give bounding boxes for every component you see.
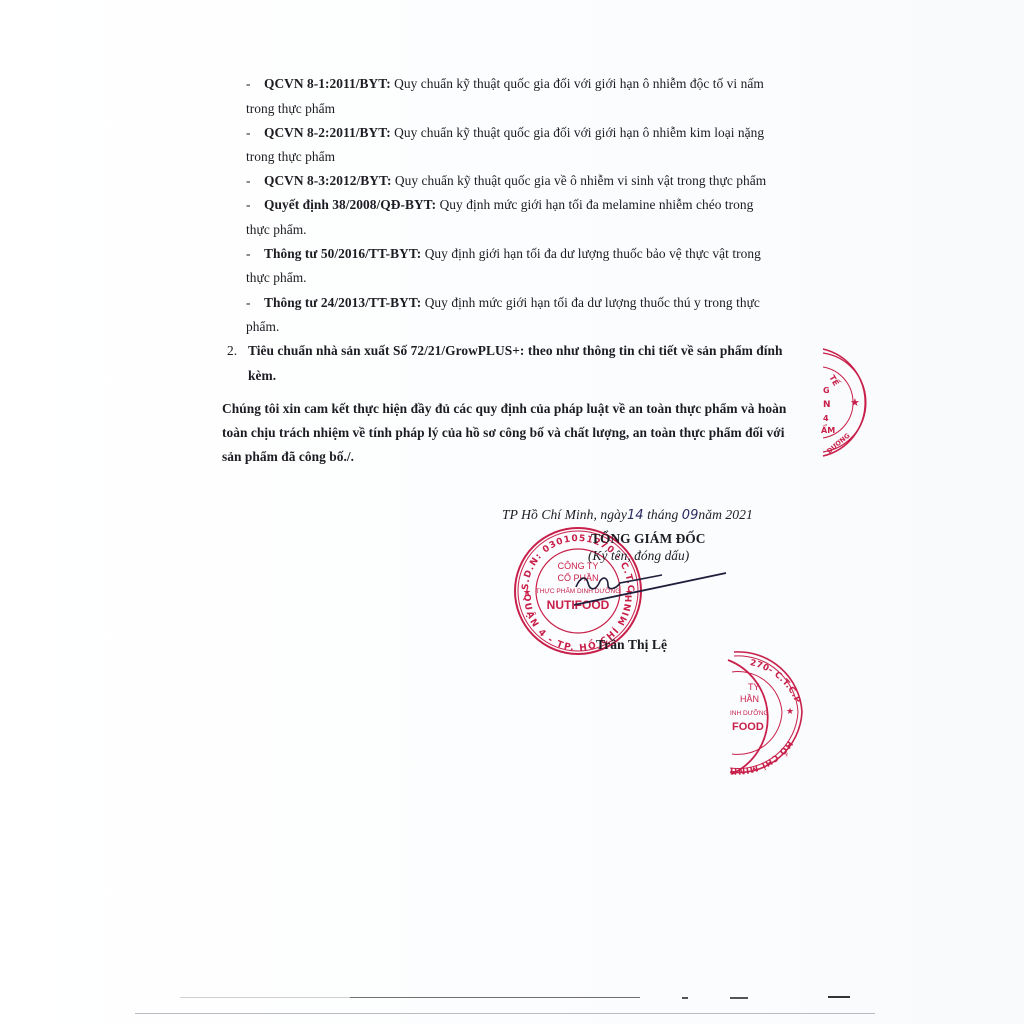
- regulation-code: Thông tư 50/2016/TT-BYT:: [264, 246, 421, 261]
- regulation-item-1: -QCVN 8-1:2011/BYT: Quy chuẩn kỹ thuật q…: [246, 76, 764, 92]
- handwritten-day: 14: [627, 508, 644, 523]
- bullet: -: [246, 295, 264, 311]
- year-label: năm 2021: [698, 507, 752, 522]
- svg-text:★: ★: [523, 587, 531, 597]
- svg-text:TY: TY: [748, 682, 760, 692]
- item-number: 2.: [227, 343, 248, 359]
- regulation-item-6-cont: phẩm.: [246, 319, 279, 335]
- handwritten-signature: [570, 565, 730, 610]
- month-label: tháng: [644, 507, 682, 522]
- regulation-text: Quy chuẩn kỹ thuật quốc gia về ô nhiễm v…: [391, 173, 766, 188]
- svg-text:TẾ: TẾ: [827, 372, 843, 388]
- regulation-text: Quy chuẩn kỹ thuật quốc gia đối với giới…: [391, 125, 764, 140]
- handwritten-month: 09: [682, 508, 699, 523]
- regulation-text: Quy định mức giới hạn tối đa dư lượng th…: [421, 295, 760, 310]
- commitment-line-3: sản phẩm đã công bố./.: [222, 449, 354, 465]
- place-date: TP Hồ Chí Minh, ngày14 tháng 09năm 2021: [502, 507, 753, 524]
- regulation-text: Quy chuẩn kỹ thuật quốc gia đối với giới…: [391, 76, 764, 91]
- regulation-item-6: -Thông tư 24/2013/TT-BYT: Quy định mức g…: [246, 295, 760, 311]
- signatory-name: Trần Thị Lệ: [596, 637, 667, 653]
- regulation-text: Quy định mức giới hạn tối đa melamine nh…: [436, 197, 753, 212]
- regulation-code: Thông tư 24/2013/TT-BYT:: [264, 295, 421, 310]
- commitment-line-2: toàn chịu trách nhiệm về tính pháp lý củ…: [222, 425, 784, 441]
- regulation-item-2-cont: trong thực phẩm: [246, 149, 335, 165]
- svg-text:FOOD: FOOD: [732, 721, 764, 733]
- footer-mark: [682, 997, 688, 999]
- bullet: -: [246, 246, 264, 262]
- regulation-item-3: -QCVN 8-3:2012/BYT: Quy chuẩn kỹ thuật q…: [246, 173, 766, 189]
- commitment-line-1: Chúng tôi xin cam kết thực hiện đầy đủ c…: [222, 401, 786, 417]
- standard-item-2-cont: kèm.: [248, 368, 276, 384]
- bullet: -: [246, 76, 264, 92]
- footer-rule-faint: [180, 997, 350, 998]
- regulation-code: QCVN 8-3:2012/BYT:: [264, 173, 391, 188]
- place-date-prefix: TP Hồ Chí Minh, ngày: [502, 507, 627, 522]
- standard-text: Tiêu chuẩn nhà sản xuất Số 72/21/GrowPLU…: [248, 343, 783, 358]
- signatory-subtitle: (Ký tên, đóng dấu): [588, 548, 689, 564]
- regulation-item-1-cont: trong thực phẩm: [246, 101, 335, 117]
- regulation-item-4-cont: thực phẩm.: [246, 222, 307, 238]
- svg-text:HẦN: HẦN: [740, 694, 759, 704]
- svg-text:INH DƯỠNG: INH DƯỠNG: [730, 708, 769, 717]
- regulation-item-2: -QCVN 8-2:2011/BYT: Quy chuẩn kỹ thuật q…: [246, 125, 764, 141]
- footer-rule: [350, 997, 640, 998]
- regulation-item-5-cont: thực phẩm.: [246, 270, 307, 286]
- svg-text:G: G: [823, 386, 830, 395]
- svg-text:N: N: [823, 400, 831, 410]
- svg-text:★: ★: [850, 397, 860, 409]
- regulation-code: Quyết định 38/2008/QĐ-BYT:: [264, 197, 436, 212]
- regulation-text: Quy định giới hạn tối đa dư lượng thuốc …: [421, 246, 761, 261]
- scanned-document-page: -QCVN 8-1:2011/BYT: Quy chuẩn kỹ thuật q…: [0, 0, 1024, 1024]
- bullet: -: [246, 125, 264, 141]
- bullet: -: [246, 197, 264, 213]
- svg-text:★: ★: [786, 706, 794, 716]
- regulation-code: QCVN 8-1:2011/BYT:: [264, 76, 391, 91]
- svg-text:ẨM: ẨM: [821, 423, 835, 435]
- regulation-code: QCVN 8-2:2011/BYT:: [264, 125, 391, 140]
- page-bottom-edge: [135, 1013, 875, 1014]
- footer-mark: [828, 996, 850, 998]
- standard-item-2: 2.Tiêu chuẩn nhà sản xuất Số 72/21/GrowP…: [227, 343, 783, 359]
- partial-stamp-bottom: 270- C.T.C.P HỒ CHÍ MINH ★ TY HẦN INH DƯ…: [720, 650, 810, 775]
- regulation-item-5: -Thông tư 50/2016/TT-BYT: Quy định giới …: [246, 246, 761, 262]
- bullet: -: [246, 173, 264, 189]
- regulation-item-4: -Quyết định 38/2008/QĐ-BYT: Quy định mức…: [246, 197, 753, 213]
- footer-mark: [730, 997, 748, 999]
- partial-stamp-right: TẾ G N 4 ẨM DƯƠNG ★: [815, 345, 870, 460]
- svg-text:4: 4: [823, 414, 829, 423]
- signatory-title: TỔNG GIÁM ĐỐC: [591, 531, 705, 547]
